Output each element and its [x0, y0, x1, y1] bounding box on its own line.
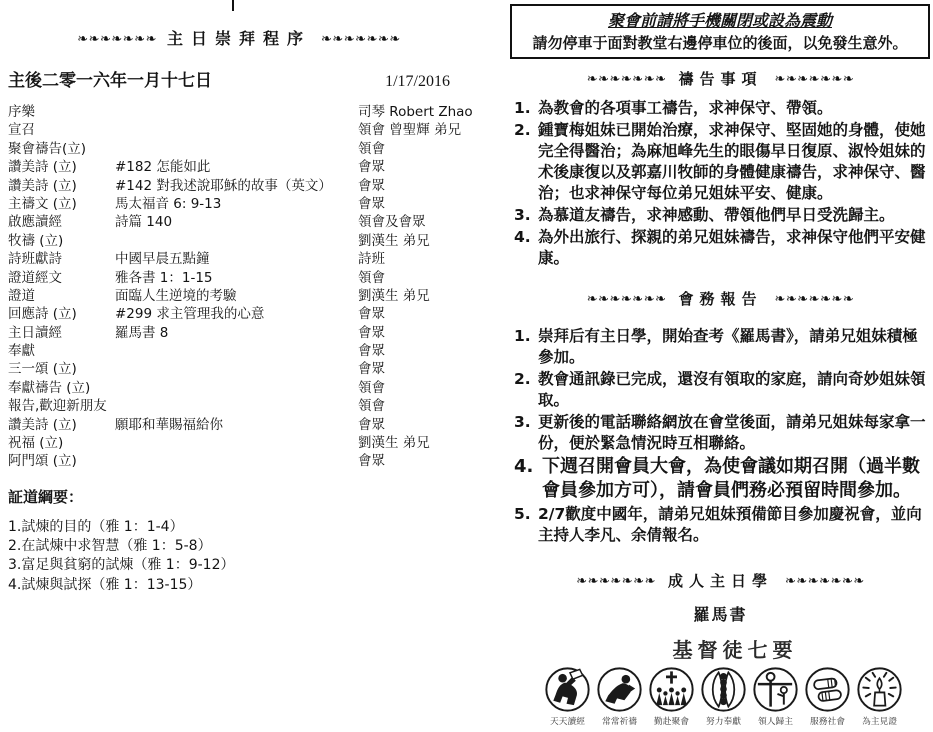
program-detail — [115, 397, 358, 415]
program-item: 報告,歡迎新朋友 — [8, 397, 115, 415]
outline-item: 2.在試煉中求智慧（雅 1：5-8） — [8, 537, 235, 556]
evangelism-icon — [752, 666, 799, 713]
notice-box: 聚會前請將手機關閉或設為震動 請勿停車于面對教堂右邊停車位的後面，以免發生意外。 — [510, 4, 930, 59]
business-item: 1.崇拜后有主日學，開始查考《羅馬書》，請弟兄姐妹積極參加。 — [514, 326, 933, 368]
program-row: 讚美詩 (立)#142 對我述說耶穌的故事（英文）會眾 — [8, 177, 476, 195]
program-detail — [115, 103, 358, 121]
program-item: 詩班獻詩 — [8, 250, 115, 268]
program-row: 報告,歡迎新朋友領會 — [8, 397, 476, 415]
program-role: 會眾 — [358, 177, 476, 195]
ornament-left: ❧❧❧❧❧❧❧ — [587, 72, 667, 87]
program-role: 領會及會眾 — [358, 213, 476, 231]
sermon-outline-title: 証道綱要： — [8, 486, 83, 507]
page-title-row: ❧❧❧❧❧❧❧主日崇拜程序❧❧❧❧❧❧❧ — [0, 26, 478, 49]
program-row: 奉獻禱告 (立)領會 — [8, 379, 476, 397]
seven-label: 常常祈禱 — [598, 714, 641, 727]
program-role: 會眾 — [358, 195, 476, 213]
seven-item: 服務社會 — [804, 666, 851, 728]
ornament-left: ❧❧❧❧❧❧❧ — [77, 32, 157, 47]
program-row: 祝福 (立)劉漢生 弟兄 — [8, 434, 476, 452]
seven-label: 努力奉獻 — [702, 714, 745, 727]
program-role: 領會 — [358, 379, 476, 397]
worship-program-column: ❧❧❧❧❧❧❧主日崇拜程序❧❧❧❧❧❧❧ 主後二零一六年一月十七日 1/17/2… — [0, 0, 478, 732]
school-heading: 成人主日學 — [668, 572, 773, 590]
program-item: 宣召 — [8, 121, 115, 139]
program-item: 序樂 — [8, 103, 115, 121]
prayer-heading: 禱告事項 — [678, 70, 762, 88]
ornament-right: ❧❧❧❧❧❧❧ — [785, 574, 865, 589]
read-bible-icon — [544, 666, 591, 713]
program-detail — [115, 360, 358, 378]
program-role: 司琴 Robert Zhao — [358, 103, 476, 121]
program-detail: 羅馬書 8 — [115, 324, 358, 342]
business-item: 3.更新後的電話聯絡網放在會堂後面，請弟兄姐妹每家拿一份，便於緊急情況時互相聯絡… — [514, 412, 933, 454]
program-row: 證道經文雅各書 1：1-15領會 — [8, 269, 476, 287]
page-title: 主日崇拜程序 — [167, 29, 311, 48]
program-role: 領會 — [358, 397, 476, 415]
program-detail: #299 求主管理我的心意 — [115, 305, 358, 323]
program-detail — [115, 452, 358, 470]
business-heading: 會務報告 — [678, 290, 762, 308]
seven-item: 為主見證 — [856, 666, 903, 728]
seven-label: 天天讀經 — [546, 714, 589, 727]
prayer-item: 1.為教會的各項事工禱告，求神保守、帶領。 — [514, 98, 933, 119]
program-row: 主禱文 (立)馬太福音 6: 9-13會眾 — [8, 195, 476, 213]
program-row: 啟應讀經詩篇 140領會及會眾 — [8, 213, 476, 231]
seven-item: 努力奉獻 — [700, 666, 747, 728]
program-detail: 面臨人生逆境的考驗 — [115, 287, 358, 305]
program-item: 證道經文 — [8, 269, 115, 287]
business-section-header: ❧❧❧❧❧❧❧會務報告❧❧❧❧❧❧❧ — [508, 288, 933, 309]
program-role: 會眾 — [358, 158, 476, 176]
ornament-right: ❧❧❧❧❧❧❧ — [321, 32, 401, 47]
fellowship-icon — [648, 666, 695, 713]
program-row: 讚美詩 (立)#182 怎能如此會眾 — [8, 158, 476, 176]
business-item: 5.2/7歡度中國年，請弟兄姐妹預備節目參加慶祝會，並向主持人李凡、余倩報名。 — [514, 504, 933, 546]
outline-item: 3.富足與貧窮的試煉（雅 1：9-12） — [8, 556, 235, 575]
program-row: 序樂司琴 Robert Zhao — [8, 103, 476, 121]
program-role: 詩班 — [358, 250, 476, 268]
prayer-icon — [596, 666, 643, 713]
program-item: 讚美詩 (立) — [8, 416, 115, 434]
seven-label: 勤赴聚會 — [650, 714, 693, 727]
program-item: 主日讀經 — [8, 324, 115, 342]
prayer-item: 3.為慕道友禱告，求神感動、帶領他們早日受洗歸主。 — [514, 205, 933, 226]
date-row: 主後二零一六年一月十七日 1/17/2016 — [8, 66, 450, 91]
business-item: 4.下週召開會員大會，為使會議如期召開（過半數會員參加方可），請會員們務必預留時… — [514, 455, 933, 503]
date-english: 1/17/2016 — [385, 73, 450, 91]
program-item: 主禱文 (立) — [8, 195, 115, 213]
program-item: 讚美詩 (立) — [8, 177, 115, 195]
program-role: 領會 曾聖輝 弟兄 — [358, 121, 476, 139]
prayer-list: 1.為教會的各項事工禱告，求神保守、帶領。 2.鍾寶梅姐妹已開始治療，求神保守、… — [514, 98, 933, 270]
program-item: 奉獻禱告 (立) — [8, 379, 115, 397]
program-detail — [115, 342, 358, 360]
seven-label: 服務社會 — [806, 714, 849, 727]
prayer-item: 2.鍾寶梅姐妹已開始治療，求神保守、堅固她的身體，使她完全得醫治；為麻旭峰先生的… — [514, 120, 933, 204]
program-row: 阿門頌 (立)會眾 — [8, 452, 476, 470]
program-role: 劉漢生 弟兄 — [358, 434, 476, 452]
seven-item: 天天讀經 — [544, 666, 591, 728]
offering-icon — [700, 666, 747, 713]
program-role: 會眾 — [358, 342, 476, 360]
program-role: 會眾 — [358, 452, 476, 470]
program-detail — [115, 140, 358, 158]
outline-item: 1.試煉的目的（雅 1：1-4） — [8, 518, 235, 537]
program-detail: 詩篇 140 — [115, 213, 358, 231]
program-row: 奉獻會眾 — [8, 342, 476, 360]
program-detail: #182 怎能如此 — [115, 158, 358, 176]
program-item: 聚會禱告(立) — [8, 140, 115, 158]
program-detail — [115, 121, 358, 139]
seven-label: 領人歸主 — [754, 714, 797, 727]
seven-label: 為主見證 — [858, 714, 901, 727]
program-row: 牧禱 (立)劉漢生 弟兄 — [8, 232, 476, 250]
program-detail: #142 對我述說耶穌的故事（英文） — [115, 177, 358, 195]
program-role: 劉漢生 弟兄 — [358, 287, 476, 305]
program-item: 牧禱 (立) — [8, 232, 115, 250]
school-book: 羅馬書 — [508, 602, 933, 625]
program-item: 祝福 (立) — [8, 434, 115, 452]
prayer-item: 4.為外出旅行、探親的弟兄姐妹禱告，求神保守他們平安健康。 — [514, 227, 933, 269]
ornament-left: ❧❧❧❧❧❧❧ — [587, 292, 667, 307]
program-detail: 雅各書 1：1-15 — [115, 269, 358, 287]
seven-essentials-title: 基督徒七要 — [544, 634, 926, 663]
program-role: 會眾 — [358, 360, 476, 378]
program-detail: 中國早晨五點鐘 — [115, 250, 358, 268]
seven-item: 領人歸主 — [752, 666, 799, 728]
sermon-outline-list: 1.試煉的目的（雅 1：1-4） 2.在試煉中求智慧（雅 1：5-8） 3.富足… — [8, 518, 235, 595]
prayer-section-header: ❧❧❧❧❧❧❧禱告事項❧❧❧❧❧❧❧ — [508, 68, 933, 89]
program-role: 會眾 — [358, 324, 476, 342]
ornament-left: ❧❧❧❧❧❧❧ — [576, 574, 656, 589]
program-item: 奉獻 — [8, 342, 115, 360]
witness-candle-icon — [856, 666, 903, 713]
program-detail — [115, 232, 358, 250]
program-table: 序樂司琴 Robert Zhao 宣召領會 曾聖輝 弟兄 聚會禱告(立)領會 讚… — [8, 103, 476, 471]
program-item: 阿門頌 (立) — [8, 452, 115, 470]
program-row: 主日讀經羅馬書 8會眾 — [8, 324, 476, 342]
business-item: 2.教會通訊錄已完成，還沒有領取的家庭，請向奇妙姐妹領取。 — [514, 369, 933, 411]
outline-item: 4.試煉與試探（雅 1：13-15） — [8, 576, 235, 595]
program-detail — [115, 379, 358, 397]
program-role: 會眾 — [358, 416, 476, 434]
ornament-right: ❧❧❧❧❧❧❧ — [775, 72, 855, 87]
program-row: 宣召領會 曾聖輝 弟兄 — [8, 121, 476, 139]
notice-parking: 請勿停車于面對教堂右邊停車位的後面，以免發生意外。 — [516, 32, 924, 53]
announcements-column: 聚會前請將手機關閉或設為震動 請勿停車于面對教堂右邊停車位的後面，以免發生意外。… — [508, 0, 933, 732]
program-item: 三一頌 (立) — [8, 360, 115, 378]
program-item: 讚美詩 (立) — [8, 158, 115, 176]
program-role: 領會 — [358, 140, 476, 158]
program-row: 證道面臨人生逆境的考驗劉漢生 弟兄 — [8, 287, 476, 305]
seven-item: 勤赴聚會 — [648, 666, 695, 728]
date-chinese: 主後二零一六年一月十七日 — [8, 66, 212, 91]
seven-essentials-block: 基督徒七要 天天讀經 — [544, 634, 926, 728]
program-row: 回應詩 (立)#299 求主管理我的心意會眾 — [8, 305, 476, 323]
program-row: 聚會禱告(立)領會 — [8, 140, 476, 158]
program-detail — [115, 434, 358, 452]
notice-phones: 聚會前請將手機關閉或設為震動 — [516, 8, 924, 31]
program-item: 證道 — [8, 287, 115, 305]
program-detail: 馬太福音 6: 9-13 — [115, 195, 358, 213]
program-item: 啟應讀經 — [8, 213, 115, 231]
program-item: 回應詩 (立) — [8, 305, 115, 323]
school-section-header: ❧❧❧❧❧❧❧成人主日學❧❧❧❧❧❧❧ — [508, 570, 933, 591]
seven-essentials-icons: 天天讀經 常常祈禱 — [544, 666, 926, 728]
program-row: 三一頌 (立)會眾 — [8, 360, 476, 378]
program-row: 詩班獻詩中國早晨五點鐘詩班 — [8, 250, 476, 268]
program-role: 劉漢生 弟兄 — [358, 232, 476, 250]
program-role: 會眾 — [358, 305, 476, 323]
program-role: 領會 — [358, 269, 476, 287]
program-row: 讚美詩 (立)願耶和華賜福給你會眾 — [8, 416, 476, 434]
program-detail: 願耶和華賜福給你 — [115, 416, 358, 434]
ornament-right: ❧❧❧❧❧❧❧ — [775, 292, 855, 307]
business-list: 1.崇拜后有主日學，開始查考《羅馬書》，請弟兄姐妹積極參加。 2.教會通訊錄已完… — [514, 326, 933, 547]
seven-item: 常常祈禱 — [596, 666, 643, 728]
bulletin-page: ❧❧❧❧❧❧❧主日崇拜程序❧❧❧❧❧❧❧ 主後二零一六年一月十七日 1/17/2… — [0, 0, 933, 732]
service-icon — [804, 666, 851, 713]
